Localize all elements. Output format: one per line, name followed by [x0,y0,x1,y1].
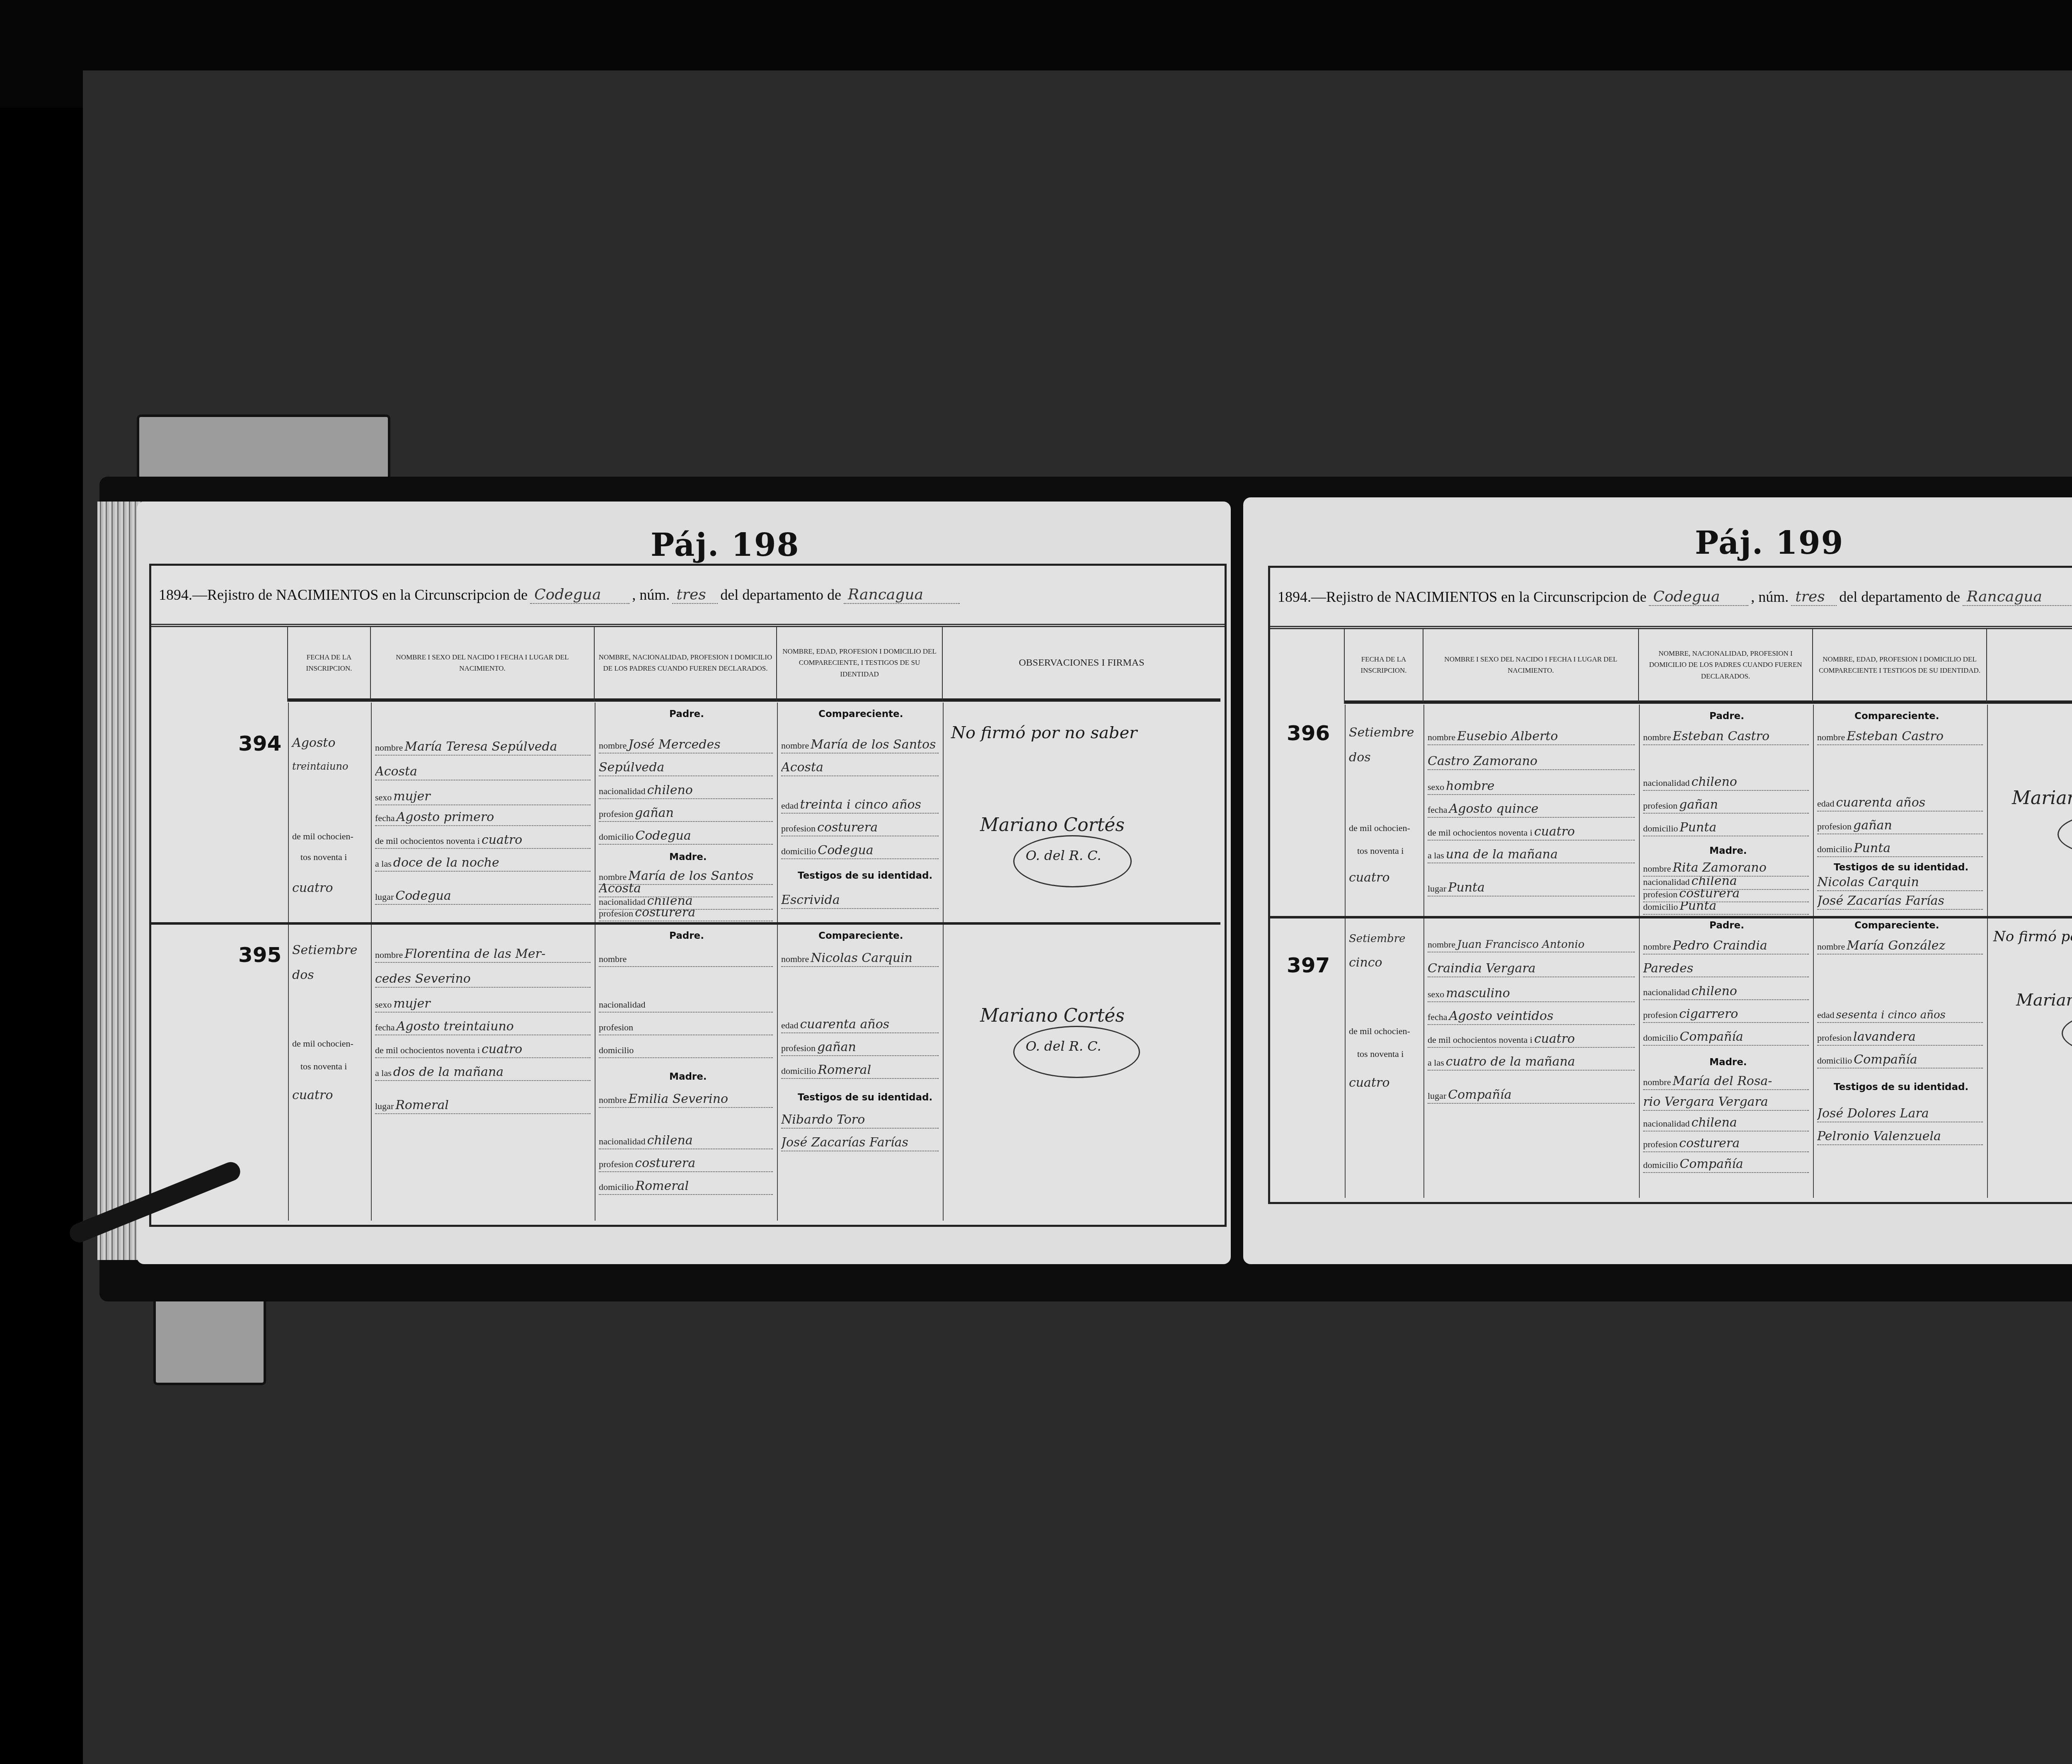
madre-nombre: nombreEmilia Severino [599,1084,773,1108]
nacido-lugar: lugarPunta [1428,872,1635,897]
testigo-1: Nibardo Toro [781,1105,939,1129]
nacido-nombre: nombreMaría Teresa Sepúlveda [375,732,591,756]
column-header-fecha: Fecha de la inscripcion. [288,627,371,702]
column-header-number [1270,629,1345,704]
register-table: 1894. —Rejistro de NACIMIENTOS en la Cir… [1268,566,2072,1204]
fecha-printed-2: tos noventa i [1357,846,1404,856]
padre-heading: Padre. [1709,711,1744,722]
right-page: Páj. 199 1894. —Rejistro de NACIMIENTOS … [1243,497,2072,1264]
compareciente-heading: Compareciente. [818,709,903,720]
madre-nacionalidad: nacionalidadchilena [1643,1111,1809,1132]
registrar-signature: Mariano Cortés [2012,787,2072,809]
nacido-hora: a lascuatro de la mañana [1428,1047,1635,1071]
registrar-signature: Mariano Cortés [980,814,1125,836]
fecha-anio: cuatro [292,1088,333,1102]
padre-domicilio: domicilioCompañía [1643,1022,1809,1046]
fecha-mes: Setiembre [1349,725,1414,740]
fecha-printed-1: de mil ochocien- [292,831,353,842]
entry-number: 394 [238,732,281,756]
nacido-lugar: lugarCodegua [375,881,591,905]
padre-nombre-cont: Sepúlveda [599,752,773,776]
register-header: 1894. —Rejistro de NACIMIENTOS en la Cir… [151,566,1225,627]
header-year: 1894. [1278,588,1311,606]
registrar-signature: Mariano Cortés [980,1005,1125,1026]
entry-divider [151,922,1220,925]
madre-nombre: nombreRita Zamorano [1643,858,1809,877]
compareciente-profesion: profesiongañan [1817,810,1983,834]
madre-domicilio: domicilioPunta [1643,901,1809,915]
page-number: Páj. 199 [1695,524,1844,561]
madre-domicilio: domicilioCompañía [1643,1152,1809,1173]
fecha-printed-2: tos noventa i [300,852,347,863]
column-header-compareciente: Nombre, edad, profesion i domicilio del … [1813,629,1987,704]
compareciente-domicilio: domicilioRomeral [781,1055,939,1079]
madre-nombre: nombreMaría del Rosa- [1643,1069,1809,1090]
fecha-dia: dos [292,968,314,982]
compareciente-domicilio: domicilioCompañía [1817,1044,1983,1069]
madre-nacionalidad: nacionalidadchilena [599,1125,773,1149]
signature-title: O. del R. C. [1026,1038,1101,1054]
column-header-padres: Nombre, nacionalidad, profesion i domici… [595,627,777,702]
padre-nombre: nombrePedro Craindia [1643,930,1809,955]
compareciente-domicilio: domicilioPunta [1817,833,1983,857]
header-departamento: Rancagua [1963,588,2072,606]
nacido-anio: de mil ochocientos noventa icuatro [375,825,591,849]
madre-profesion: profesioncosturera [1643,889,1809,902]
fecha-dia: treintaiuno [292,761,348,772]
testigos-heading: Testigos de su identidad. [798,1092,932,1103]
register-table: 1894. —Rejistro de NACIMIENTOS en la Cir… [149,564,1227,1227]
signature-flourish [2062,1011,2072,1055]
header-title: —Rejistro de NACIMIENTOS en la Circunscr… [1311,588,1646,606]
testigos-heading: Testigos de su identidad. [1834,862,1968,873]
nacido-nombre: nombreEusebio Alberto [1428,721,1635,745]
madre-nacionalidad: nacionalidadchilena [599,897,773,910]
column-divider [1813,705,1814,1198]
nacido-nombre-cont: Castro Zamorano [1428,746,1635,770]
nacido-fecha: fechaAgosto primero [375,802,591,826]
padre-profesion: profesion [599,1011,773,1035]
header-title: —Rejistro de NACIMIENTOS en la Circunscr… [192,586,528,603]
column-divider [1639,705,1640,1198]
testigo-1: Nicolas Carquin [1817,872,1983,891]
compareciente-heading: Compareciente. [818,930,903,941]
nacido-nombre: nombreFlorentina de las Mer- [375,939,591,963]
column-header-observaciones: Observaciones i firmas [1987,629,2072,704]
fecha-dia: cinco [1349,955,1382,970]
column-divider [777,703,778,1221]
padre-nacionalidad: nacionalidad [599,989,773,1013]
header-num: tres [1791,588,1837,606]
observacion-note: No firmó por no saber [951,723,1137,742]
compareciente-edad: edadcuarenta años [781,1009,939,1033]
header-num-label: , núm. [1751,588,1789,606]
fecha-mes: Setiembre [292,943,357,957]
madre-nombre-cont: rio Vergara Vergara [1643,1090,1809,1111]
compareciente-profesion: profesiongañan [781,1032,939,1056]
nacido-nombre-cont: cedes Severino [375,964,591,988]
testigos-heading: Testigos de su identidad. [1834,1082,1968,1093]
column-header-number [151,627,288,702]
column-header-padres: Nombre, nacionalidad, profesion i domici… [1639,629,1813,704]
compareciente-nombre: nombreEsteban Castro [1817,721,1983,745]
padre-nombre: nombre [599,943,773,967]
nacido-fecha: fechaAgosto quince [1428,794,1635,818]
signature-flourish [2057,812,2072,856]
header-num: tres [672,586,718,604]
nacido-nombre-cont: Acosta [375,756,591,780]
column-header-observaciones: Observaciones i firmas [943,627,1220,702]
padre-nombre: nombreEsteban Castro [1643,721,1809,745]
padre-heading: Padre. [1709,920,1744,931]
header-departamento: Rancagua [844,586,960,604]
padre-domicilio: domicilioCodegua [599,821,773,845]
fecha-anio: cuatro [1349,1076,1389,1090]
nacido-sexo: sexomujer [375,989,591,1013]
register-header: 1894. —Rejistro de NACIMIENTOS en la Cir… [1270,568,2072,629]
fecha-printed-2: tos noventa i [300,1061,347,1072]
nacido-lugar: lugarCompañía [1428,1080,1635,1104]
header-year: 1894. [159,586,192,603]
madre-profesion: profesioncosturera [599,1148,773,1172]
registrar-signature: Mariano Cortés [2016,991,2072,1010]
page-number: Páj. 198 [651,526,799,563]
compareciente-profesion: profesioncosturera [781,812,939,836]
column-divider [1345,705,1346,1198]
nacido-nombre: nombreJuan Francisco Antonio [1428,928,1635,952]
testigo-2: Pelronio Valenzuela [1817,1121,1983,1145]
compareciente-nombre: nombreNicolas Carquin [781,943,939,967]
padre-profesion: profesiongañan [1643,790,1809,814]
header-circunscripcion: Codegua [1649,588,1748,606]
padre-domicilio: domicilio [599,1034,773,1058]
nacido-nombre-cont: Craindia Vergara [1428,953,1635,977]
column-header-nacido: Nombre i sexo del nacido i fecha i lugar… [1423,629,1639,704]
compareciente-edad: edadcuarenta años [1817,787,1983,812]
nacido-anio: de mil ochocientos noventa icuatro [1428,1024,1635,1048]
madre-heading: Madre. [1709,1057,1747,1068]
madre-nombre-cont: Acosta [599,881,773,897]
nacido-sexo: sexohombre [1428,771,1635,795]
madre-nacionalidad: nacionalidadchilena [1643,877,1809,890]
testigo-2: José Zacarías Farías [781,1127,939,1151]
column-header-compareciente: Nombre, edad, profesion i domicilio del … [777,627,943,702]
nacido-hora: a lasdoce de la noche [375,848,591,872]
entry-divider [1270,916,2072,918]
column-divider [371,703,372,1221]
madre-heading: Madre. [669,852,707,863]
header-num-label: , núm. [632,586,670,603]
madre-profesion: profesioncosturera [599,909,773,921]
padre-nacionalidad: nacionalidadchileno [599,775,773,799]
testigos-heading: Testigos de su identidad. [798,870,932,881]
compareciente-heading: Compareciente. [1854,920,1939,931]
compareciente-edad: edadsesenta i cinco años [1817,999,1983,1023]
header-circunscripcion: Codegua [530,586,629,604]
fecha-printed-1: de mil ochocien- [1349,823,1410,834]
column-header-fecha: Fecha de la inscripcion. [1345,629,1423,704]
compareciente-nombre: nombreMaría de los Santos [781,729,939,754]
left-page: Páj. 198 1894. —Rejistro de NACIMIENTOS … [137,502,1231,1264]
fecha-printed-1: de mil ochocien- [1349,1026,1410,1037]
fecha-printed-2: tos noventa i [1357,1049,1404,1059]
padre-heading: Padre. [669,709,704,720]
column-divider [1987,705,1988,1198]
padre-profesion: profesiongañan [599,798,773,822]
compareciente-domicilio: domicilioCodegua [781,835,939,859]
fecha-mes: Setiembre [1349,933,1405,945]
testigo-1: José Dolores Lara [1817,1098,1983,1122]
padre-domicilio: domicilioPunta [1643,812,1809,836]
fecha-dia: dos [1349,750,1371,765]
testigo-1: Escrivida [781,885,939,909]
nacido-sexo: sexomasculino [1428,978,1635,1002]
nacido-hora: a lasuna de la mañana [1428,839,1635,863]
fecha-anio: cuatro [1349,870,1389,885]
nacido-lugar: lugarRomeral [375,1090,591,1114]
madre-profesion: profesioncosturera [1643,1132,1809,1152]
compareciente-nombre: nombreMaría González [1817,930,1983,955]
padre-profesion: profesioncigarrero [1643,999,1809,1023]
padre-heading: Padre. [669,930,704,941]
header-dept-label: del departamento de [720,586,841,603]
madre-domicilio: domicilioRomeral [599,1171,773,1195]
compareciente-nombre-cont: Acosta [781,752,939,776]
fecha-mes: Agosto [292,736,335,750]
column-divider [1423,705,1424,1198]
nacido-hora: a lasdos de la mañana [375,1057,591,1081]
nacido-fecha: fechaAgosto treintaiuno [375,1011,591,1035]
compareciente-profesion: profesionlavandera [1817,1022,1983,1046]
padre-nombre-cont: Paredes [1643,953,1809,977]
column-divider [943,703,944,1221]
fecha-printed-1: de mil ochocien- [292,1038,353,1049]
entry-number: 397 [1287,953,1330,977]
header-dept-label: del departamento de [1839,588,1960,606]
column-divider [288,703,289,1221]
fecha-anio: cuatro [292,881,333,895]
entry-number: 396 [1287,721,1330,745]
nacido-fecha: fechaAgosto veintidos [1428,1001,1635,1025]
nacido-anio: de mil ochocientos noventa icuatro [1428,817,1635,841]
testigo-2: José Zacarías Farías [1817,891,1983,910]
column-header-nacido: Nombre i sexo del nacido i fecha i lugar… [371,627,595,702]
padre-nacionalidad: nacionalidadchileno [1643,976,1809,1000]
padre-nombre: nombreJosé Mercedes [599,729,773,754]
madre-heading: Madre. [1709,846,1747,856]
entry-number: 395 [238,943,281,967]
signature-title: O. del R. C. [1026,848,1101,863]
nacido-anio: de mil ochocientos noventa icuatro [375,1034,591,1058]
compareciente-heading: Compareciente. [1854,711,1939,722]
column-divider [595,703,595,1221]
padre-nacionalidad: nacionalidadchileno [1643,767,1809,791]
compareciente-edad: edadtreinta i cinco años [781,790,939,814]
observacion-note: No firmó por no saber [1993,928,2072,945]
madre-heading: Madre. [669,1071,707,1082]
